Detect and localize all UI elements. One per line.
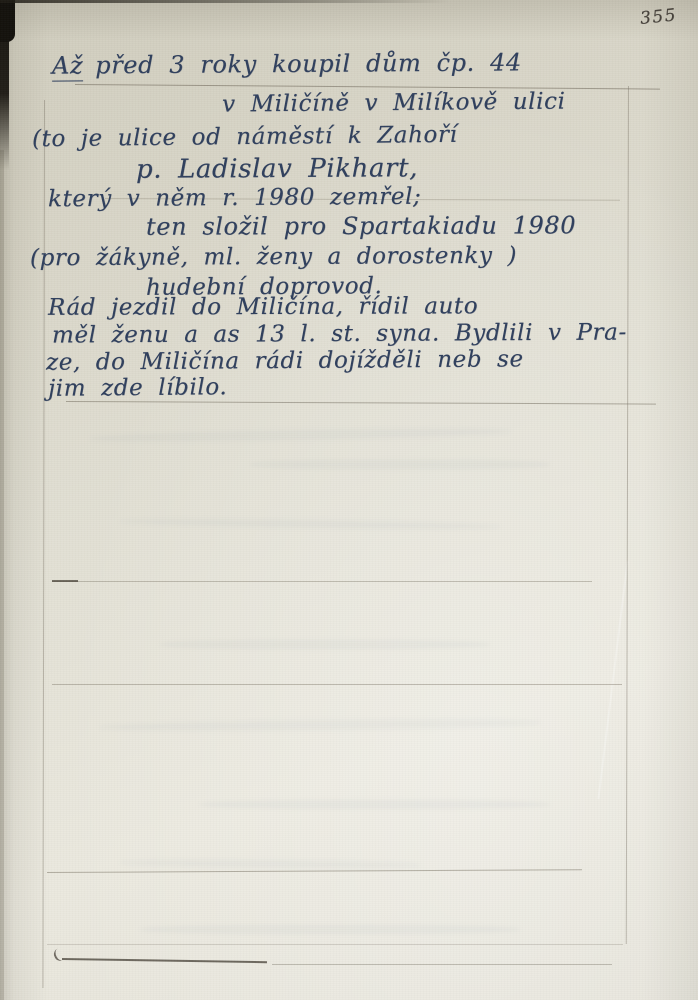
bleedthrough-smudge — [140, 925, 520, 934]
pencil-margin-line-right — [626, 86, 629, 944]
handwritten-line: Ažpřed 3 roky koupil dům čp. 44 — [52, 48, 522, 79]
pencil-line-dark-stub — [52, 580, 78, 582]
line-text: před 3 roky koupil dům čp. 44 — [95, 48, 522, 79]
handwritten-line: jim zde líbilo. — [48, 374, 228, 402]
pencil-line-under-heading — [75, 84, 660, 90]
handwritten-line: Rád jezdil do Miličína, řídil auto — [48, 293, 478, 321]
handwritten-line: (pro žákyně, ml. ženy a dorostenky ) — [30, 243, 517, 272]
bleedthrough-smudge — [200, 800, 550, 809]
scan-corner-shadow — [0, 0, 15, 42]
handwritten-line: v Miličíně v Milíkově ulici — [222, 89, 566, 118]
handwritten-line: měl ženu a as 13 l. st. syna. Bydlili v … — [52, 319, 627, 348]
bleedthrough-smudge — [120, 517, 500, 530]
bleedthrough-smudge — [100, 718, 540, 733]
pencil-line-middle — [52, 581, 592, 582]
binding-shadow — [0, 150, 4, 1000]
bleedthrough-smudge — [120, 859, 420, 870]
pencil-hook-mark — [52, 946, 68, 963]
handwritten-line: ten složil pro Spartakiadu 1980 — [146, 211, 576, 241]
scan-edge-top — [0, 0, 450, 3]
scanned-chronicle-page: 355 Ažpřed 3 roky koupil dům čp. 44 v Mi… — [0, 0, 698, 1000]
pencil-margin-line-left — [42, 100, 45, 988]
handwritten-line: ze, do Miličína rádi dojížděli neb se — [46, 346, 524, 375]
bleedthrough-smudge — [250, 460, 550, 469]
handwritten-line: p. Ladislav Pikhart, — [136, 153, 418, 184]
bleedthrough-smudge — [160, 640, 490, 649]
handwritten-line: (to je ulice od náměstí k Zahoří — [32, 122, 458, 152]
pencil-line-bottom-dark — [62, 958, 267, 963]
pencil-line-bottom-faint — [272, 964, 612, 965]
pencil-line-lower — [47, 869, 582, 873]
bleedthrough-smudge — [90, 426, 510, 443]
handwritten-line: který v něm r. 1980 zemřel; — [48, 184, 422, 213]
pencil-line-middle — [52, 684, 622, 685]
underlined-word: Až — [52, 51, 83, 81]
paper-crease — [597, 561, 628, 799]
pencil-line-frame-bottom — [47, 944, 623, 945]
pencil-line-below-text — [66, 401, 656, 405]
page-number: 355 — [639, 5, 678, 29]
